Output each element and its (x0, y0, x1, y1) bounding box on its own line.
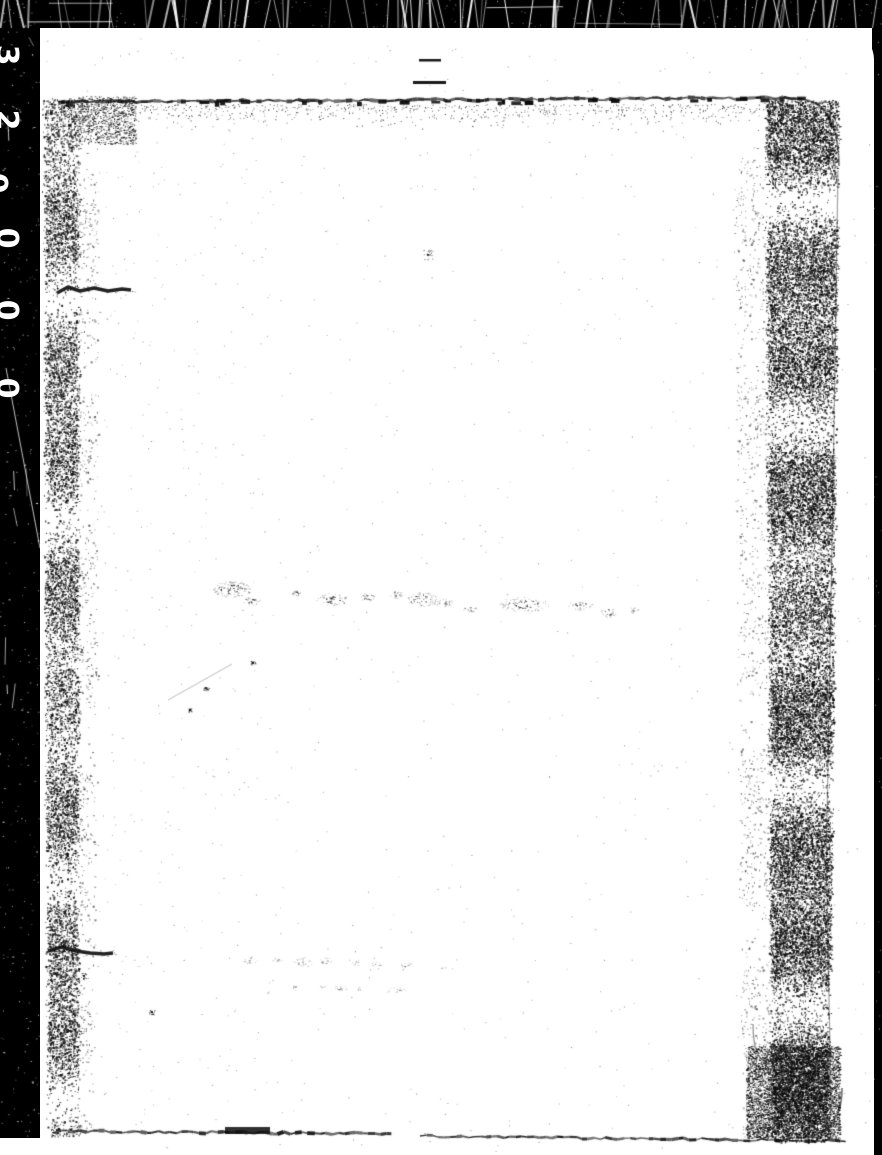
film-code-char: 0 (0, 168, 10, 198)
cover-top-edge-line (56, 94, 804, 106)
margin-ink-squiggle-lower (42, 940, 120, 984)
cover-bottom-edge-line (54, 1126, 846, 1144)
cover-right-wear-band (736, 98, 842, 1142)
frame-alignment-dash-marks (408, 52, 452, 88)
film-edge-code: 3 2 0 0 0 0 (0, 0, 40, 600)
film-code-char: 0 (0, 223, 21, 253)
cover-bottom-right-wear-corner (744, 1044, 844, 1142)
film-code-char: 3 (0, 40, 21, 70)
scanned-document-page: 3 2 0 0 0 0 (0, 0, 882, 1155)
margin-ink-squiggle-upper (50, 280, 138, 302)
faded-imprint-text-smudge (238, 946, 456, 998)
film-code-char: 2 (0, 105, 21, 135)
film-code-char: 0 (0, 373, 21, 403)
faded-title-text-smudge (213, 578, 645, 622)
film-code-char: 0 (0, 295, 21, 325)
